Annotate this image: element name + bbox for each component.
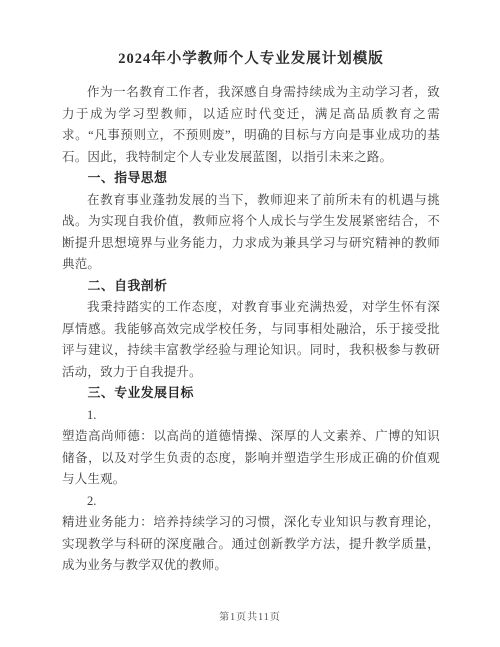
section-1-body: 在教育事业蓬勃发展的当下，教师迎来了前所未有的机遇与挑战。为实现自我价值，教师应… bbox=[62, 190, 440, 276]
section-1-heading: 一、指导思想 bbox=[62, 168, 440, 190]
document-page: 2024年小学教师个人专业发展计划模版 作为一名教育工作者，我深感自身需持续成为… bbox=[0, 0, 500, 647]
goal-item-1-text: 塑造高尚师德：以高尚的道德情操、深厚的人文素养、广博的知识储备，以及对学生负责的… bbox=[62, 426, 440, 491]
section-2-body: 我秉持踏实的工作态度，对教育事业充满热爱，对学生怀有深厚情感。我能够高效完成学校… bbox=[62, 297, 440, 383]
document-title: 2024年小学教师个人专业发展计划模版 bbox=[62, 48, 440, 70]
section-2-heading: 二、自我剖析 bbox=[62, 276, 440, 298]
goal-item-2-number: 2. bbox=[62, 491, 440, 513]
intro-paragraph: 作为一名教育工作者，我深感自身需持续成为主动学习者，致力于成为学习型教师，以适应… bbox=[62, 82, 440, 168]
page-number-footer: 第1页共11页 bbox=[0, 608, 500, 623]
goal-item-2-text: 精进业务能力：培养持续学习的习惯，深化专业知识与教育理论，实现教学与科研的深度融… bbox=[62, 512, 440, 577]
goal-item-1-number: 1. bbox=[62, 405, 440, 427]
section-3-heading: 三、专业发展目标 bbox=[62, 383, 440, 405]
